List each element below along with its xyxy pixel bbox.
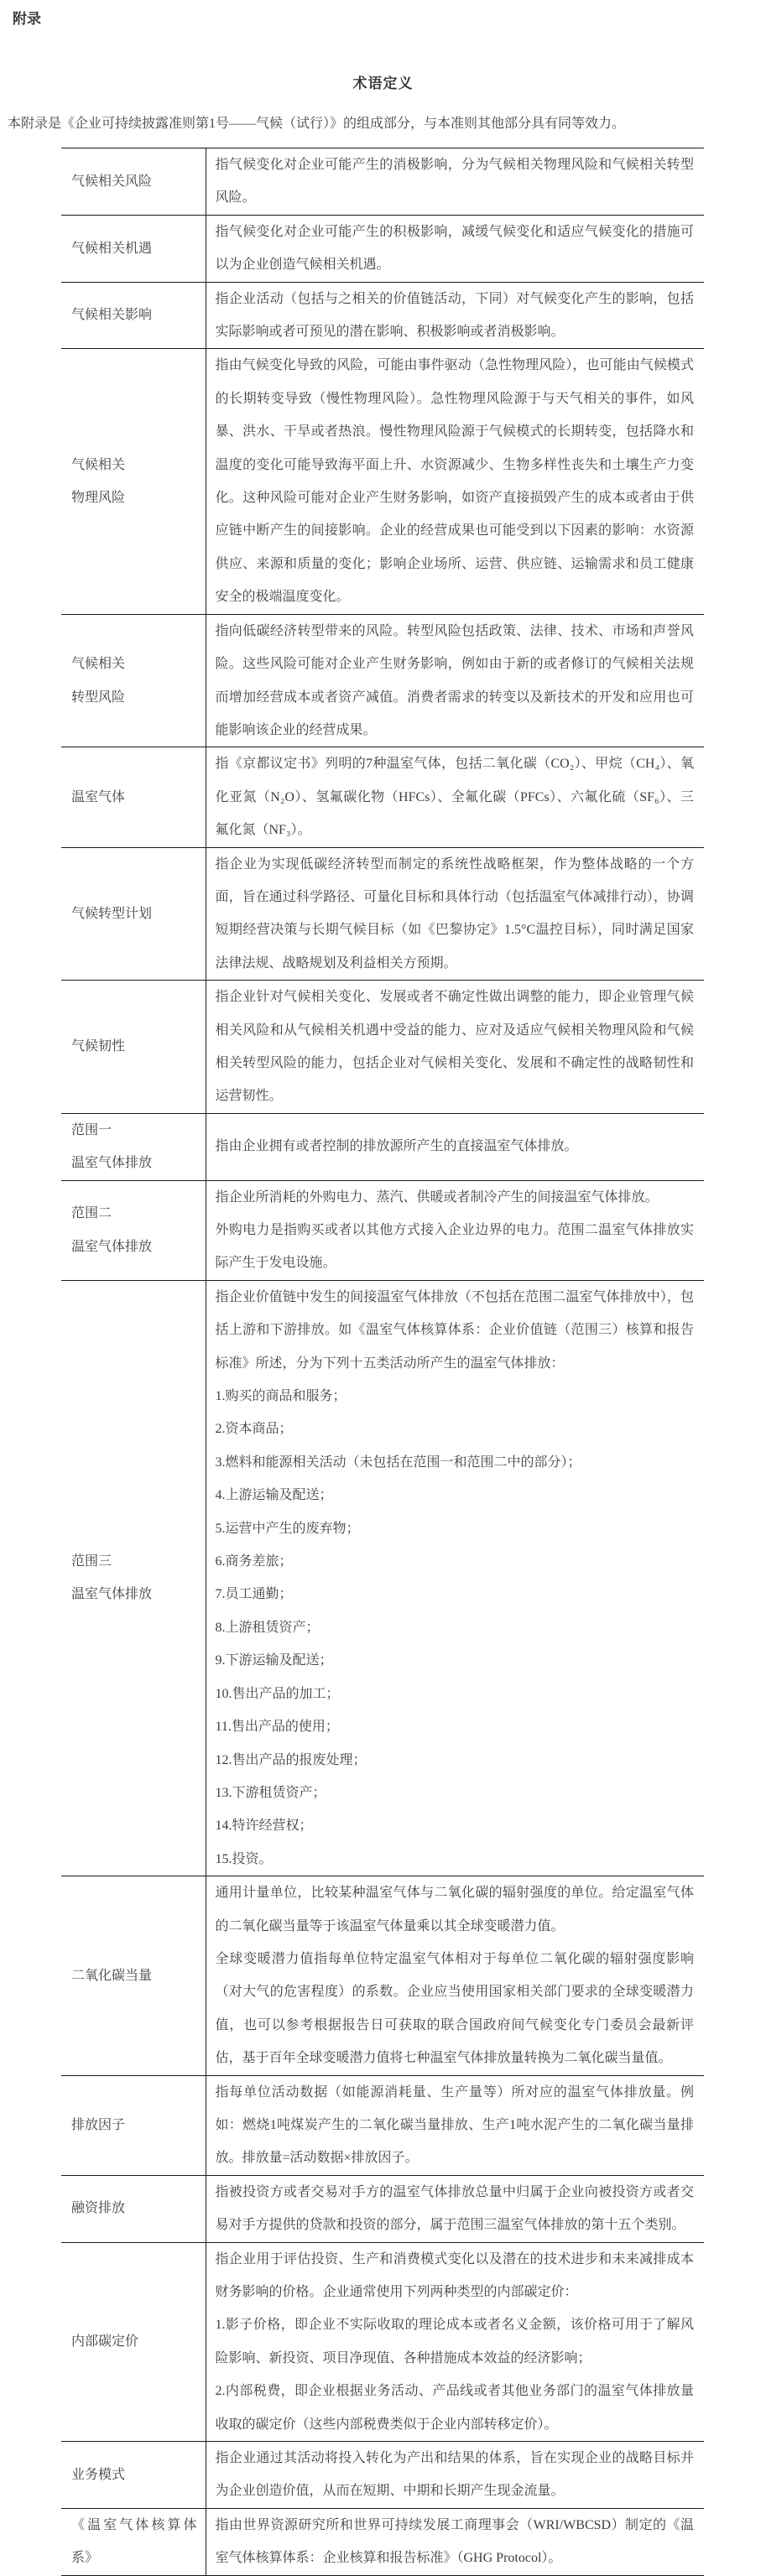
table-row: 范围一 温室气体排放 指由企业拥有或者控制的排放源所产生的直接温室气体排放。 bbox=[61, 1113, 704, 1180]
term-cell: 二氧化碳当量 bbox=[61, 1876, 206, 2075]
definition-cell: 指气候变化对企业可能产生的消极影响，分为气候相关物理风险和气候相关转型风险。 bbox=[206, 148, 704, 216]
table-row: 温室气体 指《京都议定书》列明的7种温室气体，包括二氧化碳（CO₂）、甲烷（CH… bbox=[61, 747, 704, 847]
page-title: 术语定义 bbox=[0, 71, 766, 92]
term-cell: 气候韧性 bbox=[61, 981, 206, 1114]
definition-cell: 指由企业拥有或者控制的排放源所产生的直接温室气体排放。 bbox=[206, 1113, 704, 1180]
table-row: 气候相关 转型风险 指向低碳经济转型带来的风险。转型风险包括政策、法律、技术、市… bbox=[61, 614, 704, 747]
table-row: 范围二 温室气体排放 指企业所消耗的外购电力、蒸汽、供暖或者制冷产生的间接温室气… bbox=[61, 1180, 704, 1280]
definition-cell: 指《京都议定书》列明的7种温室气体，包括二氧化碳（CO₂）、甲烷（CH₄）、氧化… bbox=[206, 747, 704, 847]
table-row: 气候韧性 指企业针对气候相关变化、发展或者不确定性做出调整的能力，即企业管理气候… bbox=[61, 981, 704, 1114]
definition-cell: 指企业所消耗的外购电力、蒸汽、供暖或者制冷产生的间接温室气体排放。 外购电力是指… bbox=[206, 1180, 704, 1280]
definition-cell: 指企业价值链中发生的间接温室气体排放（不包括在范围二温室气体排放中），包括上游和… bbox=[206, 1280, 704, 1876]
term-cell: 温室气体 bbox=[61, 747, 206, 847]
definition-cell: 指由气候变化导致的风险，可能由事件驱动（急性物理风险），也可能由气候模式的长期转… bbox=[206, 349, 704, 614]
term-cell: 范围一 温室气体排放 bbox=[61, 1113, 206, 1180]
table-row: 气候相关机遇 指气候变化对企业可能产生的积极影响，减缓气候变化和适应气候变化的措… bbox=[61, 215, 704, 282]
definition-cell: 指每单位活动数据（如能源消耗量、生产量等）所对应的温室气体排放量。例如：燃烧1吨… bbox=[206, 2075, 704, 2175]
term-cell: 范围二 温室气体排放 bbox=[61, 1180, 206, 1280]
definition-cell: 指企业通过其活动将投入转化为产出和结果的体系，旨在实现企业的战略目标并为企业创造… bbox=[206, 2442, 704, 2509]
definition-cell: 指由世界资源研究所和世界可持续发展工商理事会（WRI/WBCSD）制定的《温室气… bbox=[206, 2508, 704, 2575]
term-cell: 排放因子 bbox=[61, 2075, 206, 2175]
table-row: 气候相关影响 指企业活动（包括与之相关的价值链活动，下同）对气候变化产生的影响，… bbox=[61, 282, 704, 349]
table-row: 内部碳定价 指企业用于评估投资、生产和消费模式变化以及潜在的技术进步和未来减排成… bbox=[61, 2242, 704, 2441]
table-row: 气候相关风险 指气候变化对企业可能产生的消极影响，分为气候相关物理风险和气候相关… bbox=[61, 148, 704, 216]
table-row: 二氧化碳当量 通用计量单位，比较某种温室气体与二氧化碳的辐射强度的单位。给定温室… bbox=[61, 1876, 704, 2075]
terms-definition-table: 气候相关风险 指气候变化对企业可能产生的消极影响，分为气候相关物理风险和气候相关… bbox=[61, 148, 704, 2576]
definition-cell: 指企业用于评估投资、生产和消费模式变化以及潜在的技术进步和未来减排成本财务影响的… bbox=[206, 2242, 704, 2441]
document-page: 附录 术语定义 本附录是《企业可持续披露准则第1号——气候（试行）》的组成部分，… bbox=[0, 0, 766, 2576]
definition-cell: 指企业活动（包括与之相关的价值链活动，下同）对气候变化产生的影响，包括实际影响或… bbox=[206, 282, 704, 349]
term-cell: 业务模式 bbox=[61, 2442, 206, 2509]
definition-cell: 指被投资方或者交易对手方的温室气体排放总量中归属于企业向被投资方或者交易对手方提… bbox=[206, 2175, 704, 2242]
appendix-label: 附录 bbox=[13, 7, 766, 28]
table-row: 范围三 温室气体排放 指企业价值链中发生的间接温室气体排放（不包括在范围二温室气… bbox=[61, 1280, 704, 1876]
table-row: 业务模式 指企业通过其活动将投入转化为产出和结果的体系，旨在实现企业的战略目标并… bbox=[61, 2442, 704, 2509]
term-cell: 内部碳定价 bbox=[61, 2242, 206, 2441]
table-row: 排放因子 指每单位活动数据（如能源消耗量、生产量等）所对应的温室气体排放量。例如… bbox=[61, 2075, 704, 2175]
term-cell: 气候相关影响 bbox=[61, 282, 206, 349]
term-cell: 气候转型计划 bbox=[61, 847, 206, 981]
term-cell: 气候相关 转型风险 bbox=[61, 614, 206, 747]
definition-cell: 指向低碳经济转型带来的风险。转型风险包括政策、法律、技术、市场和声誉风险。这些风… bbox=[206, 614, 704, 747]
definition-cell: 指企业针对气候相关变化、发展或者不确定性做出调整的能力，即企业管理气候相关风险和… bbox=[206, 981, 704, 1114]
table-row: 气候转型计划 指企业为实现低碳经济转型而制定的系统性战略框架，作为整体战略的一个… bbox=[61, 847, 704, 981]
term-cell: 融资排放 bbox=[61, 2175, 206, 2242]
definition-cell: 指气候变化对企业可能产生的积极影响，减缓气候变化和适应气候变化的措施可以为企业创… bbox=[206, 215, 704, 282]
term-cell: 气候相关机遇 bbox=[61, 215, 206, 282]
definition-cell: 通用计量单位，比较某种温室气体与二氧化碳的辐射强度的单位。给定温室气体的二氧化碳… bbox=[206, 1876, 704, 2075]
term-cell: 范围三 温室气体排放 bbox=[61, 1280, 206, 1876]
intro-paragraph: 本附录是《企业可持续披露准则第1号——气候（试行）》的组成部分，与本准则其他部分… bbox=[8, 115, 758, 133]
table-row: 融资排放 指被投资方或者交易对手方的温室气体排放总量中归属于企业向被投资方或者交… bbox=[61, 2175, 704, 2242]
term-cell: 气候相关 物理风险 bbox=[61, 349, 206, 614]
term-cell: 《温室气体核算体系》 bbox=[61, 2508, 206, 2575]
table-row: 气候相关 物理风险 指由气候变化导致的风险，可能由事件驱动（急性物理风险），也可… bbox=[61, 349, 704, 614]
definition-cell: 指企业为实现低碳经济转型而制定的系统性战略框架，作为整体战略的一个方面，旨在通过… bbox=[206, 847, 704, 981]
term-cell: 气候相关风险 bbox=[61, 148, 206, 216]
table-row: 《温室气体核算体系》 指由世界资源研究所和世界可持续发展工商理事会（WRI/WB… bbox=[61, 2508, 704, 2575]
